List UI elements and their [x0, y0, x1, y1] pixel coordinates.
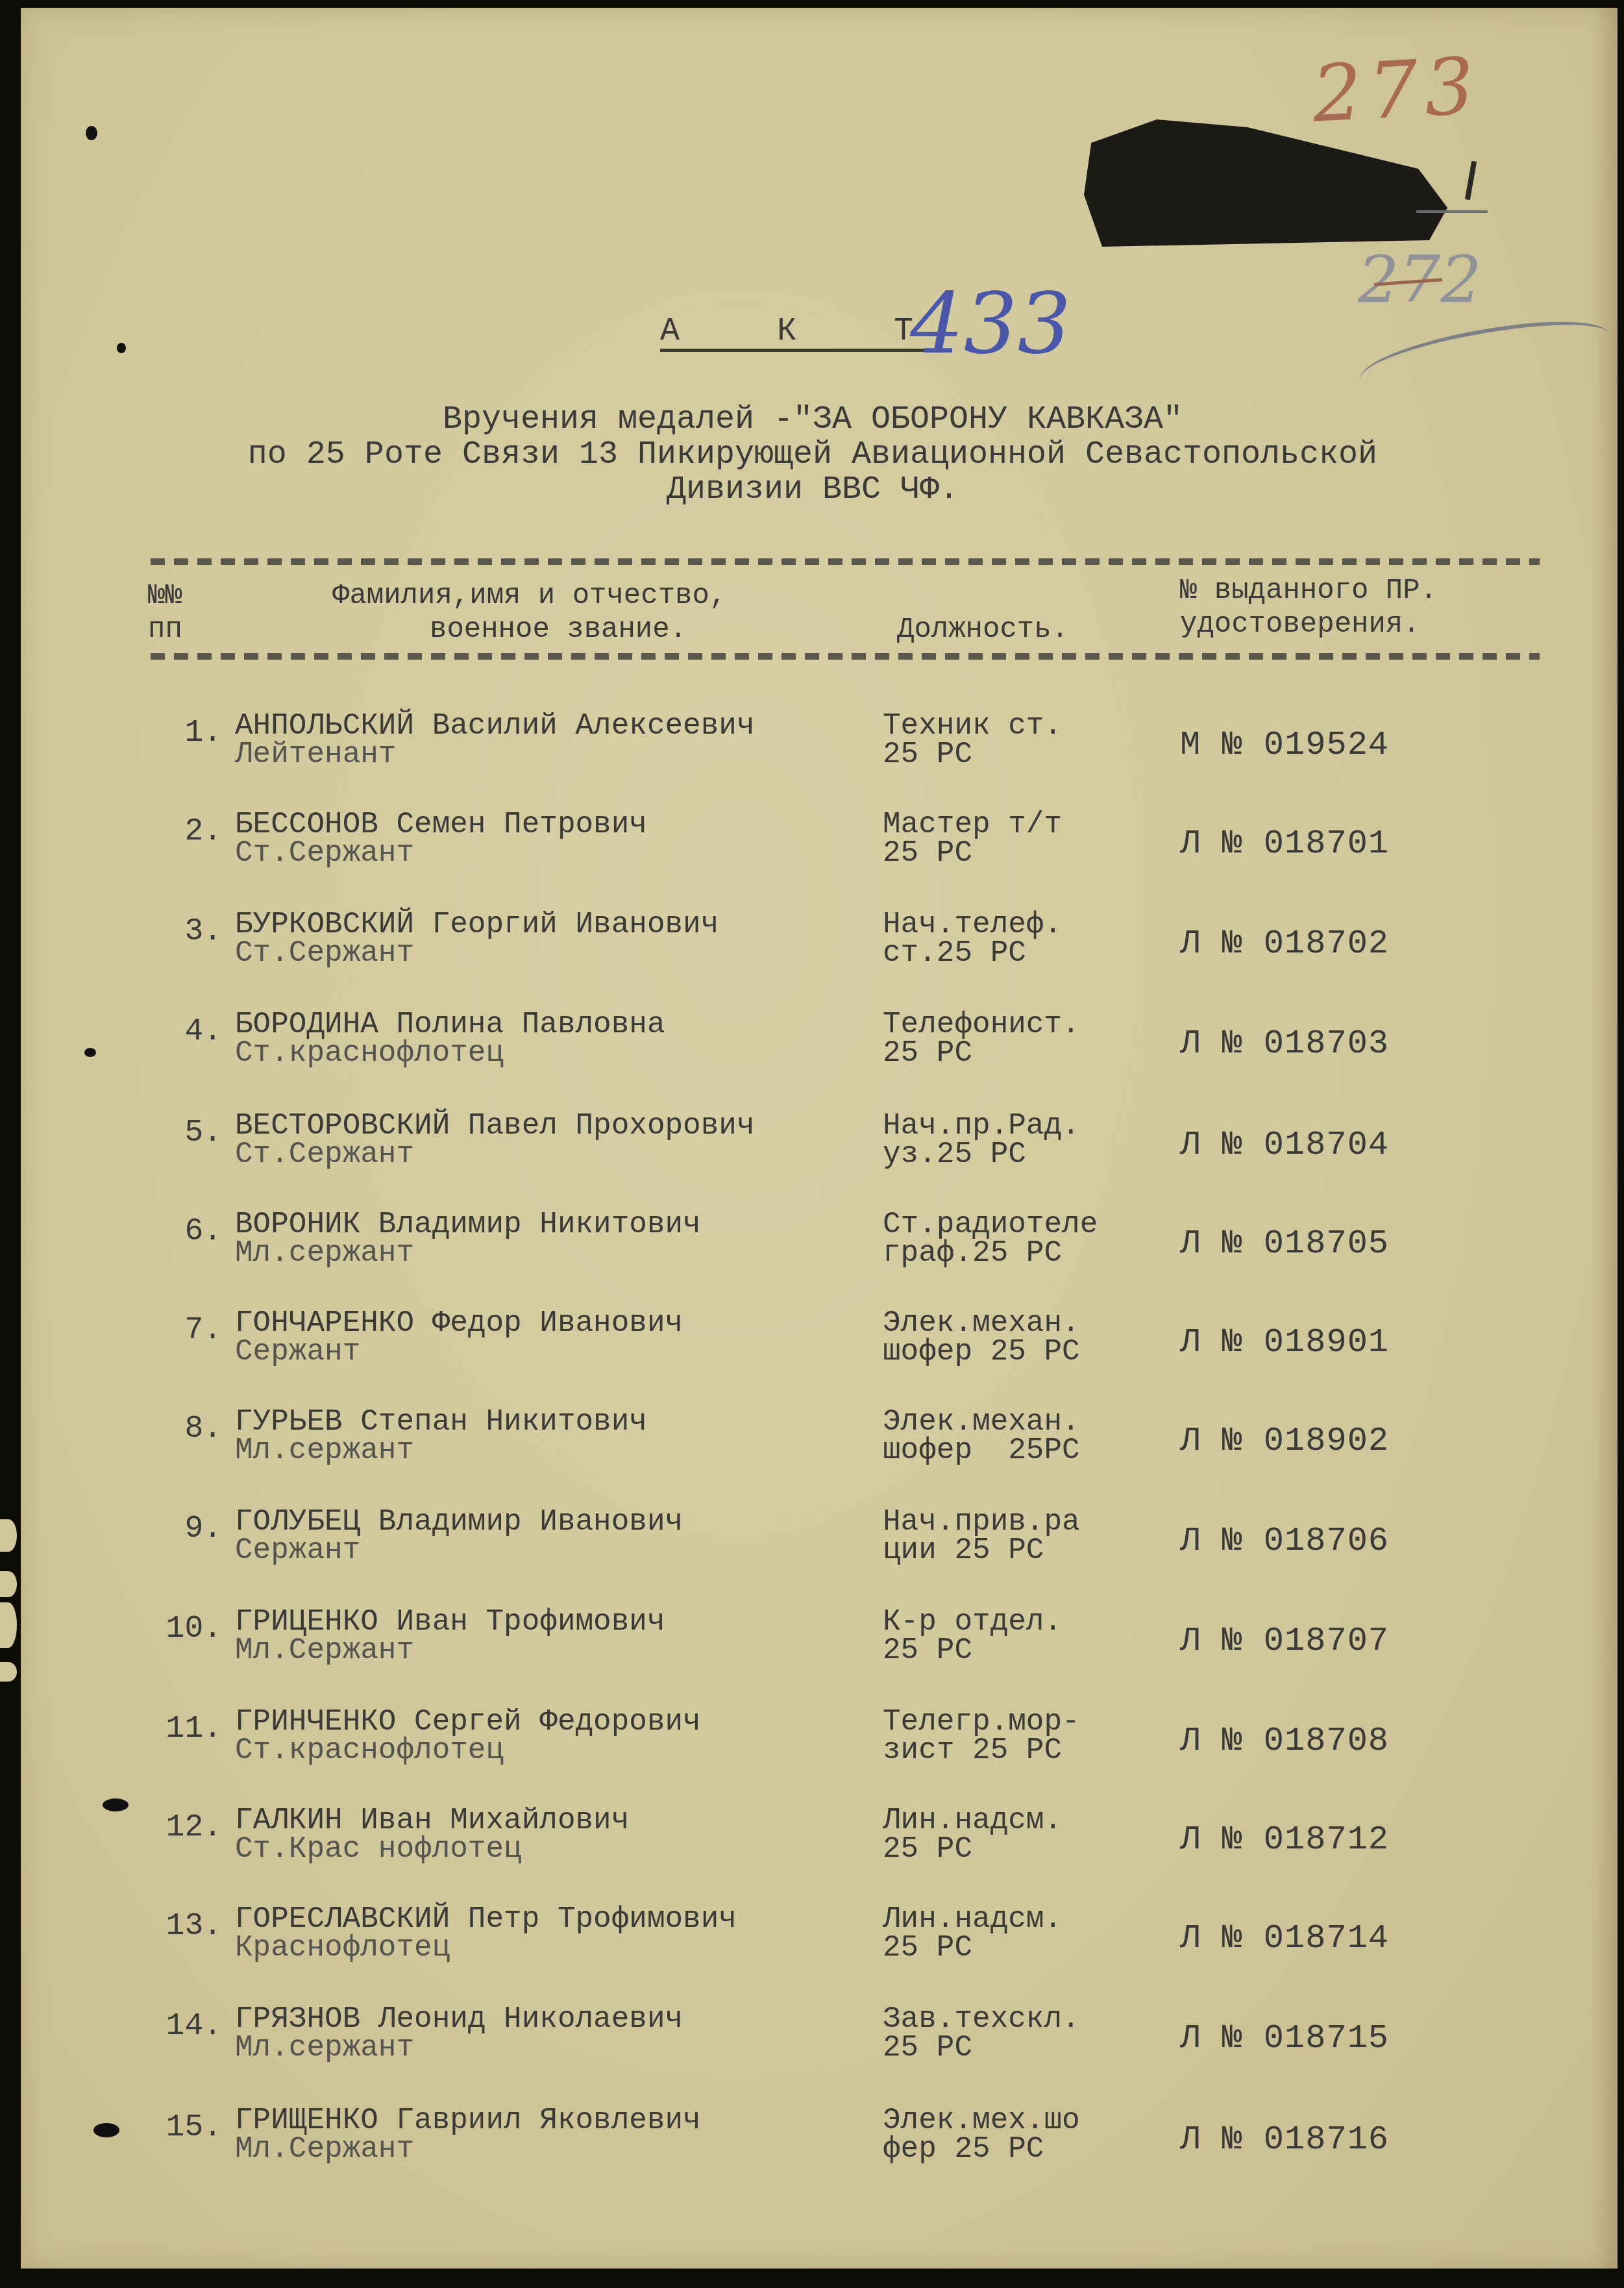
table-row: 8. ГУРЬЕВ Степан Никитович Мл.сержант Эл…	[21, 1405, 1618, 1489]
table-row: 9. ГОЛУБЕЦ Владимир Иванович Сержант Нач…	[21, 1505, 1618, 1589]
row-position-unit: зист 25 РС	[883, 1734, 1062, 1767]
row-rank: Краснофлотец	[235, 1931, 450, 1965]
row-certificate-number: Л № 018716	[1180, 2120, 1389, 2159]
row-number: 6.	[151, 1214, 222, 1249]
row-position-unit: шофер 25РС	[883, 1434, 1080, 1467]
row-number: 9.	[151, 1511, 222, 1547]
row-position-unit: 25 РС	[883, 1832, 972, 1866]
row-certificate-number: Л № 018714	[1180, 1919, 1389, 1958]
pencil-flourish	[1355, 312, 1614, 402]
row-position-unit: уз.25 РС	[883, 1138, 1026, 1171]
header-name: Фамилия,имя и отчество,	[332, 579, 726, 613]
row-number: 11.	[151, 1711, 222, 1747]
table-row: 14. ГРЯЗНОВ Леонид Николаевич Мл.сержант…	[21, 2002, 1618, 2087]
row-rank: Мл.сержант	[235, 2031, 414, 2065]
table-row: 13. ГОРЕСЛАВСКИЙ Петр Трофимович Красноф…	[21, 1902, 1618, 1987]
row-position-unit: шофер 25 РС	[883, 1335, 1080, 1369]
subtitle-line: Вручения медалей -"ЗА ОБОРОНУ КАВКАЗА"	[21, 403, 1605, 438]
table-row: 11. ГРИНЧЕНКО Сергей Федорович Ст.красно…	[21, 1705, 1618, 1789]
table-row: 1. АНПОЛЬСКИЙ Василий Алексеевич Лейтена…	[21, 709, 1618, 793]
torn-edge	[0, 1519, 17, 1552]
document-page: 273 272 А К Т 433 Вручения медалей -"ЗА …	[21, 8, 1618, 2269]
header-cert-line1: № выданного ПР.	[1180, 574, 1437, 608]
table-row: 5. ВЕСТОРОВСКИЙ Павел Прохорович Ст.Серж…	[21, 1109, 1618, 1193]
redacted-stamp	[1084, 117, 1447, 247]
row-position-unit: граф.25 РС	[883, 1236, 1062, 1270]
row-rank: Ст.краснофлотец	[235, 1036, 504, 1070]
row-rank: Ст.Сержант	[235, 836, 414, 870]
document-title: А К Т	[660, 313, 952, 350]
row-certificate-number: Л № 018703	[1180, 1025, 1389, 1063]
stamp-suffix-mark	[1465, 161, 1477, 200]
row-position-unit: 25 РС	[883, 1036, 972, 1070]
row-certificate-number: М № 019524	[1180, 726, 1389, 764]
row-position-unit: 25 РС	[883, 836, 972, 870]
table-row: 12. ГАЛКИН Иван Михайлович Ст.Крас нофло…	[21, 1804, 1618, 1888]
row-certificate-number: Л № 018712	[1180, 1821, 1389, 1859]
row-certificate-number: Л № 018701	[1180, 825, 1389, 863]
row-certificate-number: Л № 018708	[1180, 1722, 1389, 1760]
row-certificate-number: Л № 018707	[1180, 1622, 1389, 1660]
row-rank: Ст.Крас нофлотец	[235, 1832, 522, 1866]
punch-hole-mark	[86, 126, 97, 140]
row-rank: Мл.Сержант	[235, 2132, 414, 2166]
row-number: 5.	[151, 1115, 222, 1150]
row-rank: Ст.краснофлотец	[235, 1734, 504, 1767]
row-number: 13.	[151, 1909, 222, 1944]
row-certificate-number: Л № 018715	[1180, 2019, 1389, 2058]
header-num-line1: №№	[148, 580, 182, 612]
row-certificate-number: Л № 018901	[1180, 1323, 1389, 1362]
header-position: Должность.	[897, 613, 1068, 647]
row-position-unit: 25 РС	[883, 2031, 972, 2065]
header-name-line2: военное звание.	[430, 614, 687, 646]
row-position-unit: ции 25 РС	[883, 1534, 1044, 1567]
act-number-blue-ink: 433	[910, 274, 1071, 373]
row-position-unit: ст.25 РС	[883, 936, 1026, 970]
row-number: 1.	[151, 715, 222, 751]
header-name-line1: Фамилия,имя и отчество,	[332, 580, 726, 612]
header-rank: военное звание.	[430, 613, 687, 647]
row-rank: Ст.Сержант	[235, 936, 414, 970]
torn-edge	[0, 1602, 17, 1648]
row-rank: Лейтенант	[235, 738, 396, 771]
header-num: №№пп	[148, 579, 182, 647]
table-row: 15. ГРИЩЕНКО Гавриил Яковлевич Мл.Сержан…	[21, 2104, 1618, 2188]
header-num-line2: пп	[148, 614, 182, 646]
table-row: 4. БОРОДИНА Полина Павловна Ст.краснофло…	[21, 1008, 1618, 1092]
row-position-unit: фер 25 РС	[883, 2132, 1044, 2166]
table-row: 7. ГОНЧАРЕНКО Федор Иванович Сержант Эле…	[21, 1306, 1618, 1391]
subtitle-line: Дивизии ВВС ЧФ.	[21, 473, 1605, 508]
row-number: 14.	[151, 2009, 222, 2044]
sheet-number-red-ink: 273	[1310, 41, 1483, 140]
row-certificate-number: Л № 018704	[1180, 1126, 1389, 1164]
row-position-unit: 25 РС	[883, 1634, 972, 1667]
row-rank: Мл.Сержант	[235, 1634, 414, 1667]
row-number: 10.	[151, 1611, 222, 1647]
torn-edge	[0, 1662, 17, 1682]
row-rank: Мл.сержант	[235, 1434, 414, 1467]
row-rank: Сержант	[235, 1335, 360, 1369]
row-certificate-number: Л № 018902	[1180, 1422, 1389, 1460]
header-cert-line2: удостоверения.	[1180, 608, 1420, 641]
row-certificate-number: Л № 018705	[1180, 1225, 1389, 1263]
row-number: 7.	[151, 1313, 222, 1348]
table-row: 6. ВОРОНИК Владимир Никитович Мл.сержант…	[21, 1208, 1618, 1292]
punch-hole-mark	[117, 343, 126, 353]
row-number: 4.	[151, 1014, 222, 1049]
stamp-underline	[1416, 210, 1488, 213]
row-rank: Ст.Сержант	[235, 1138, 414, 1171]
table-top-divider	[151, 558, 1540, 565]
row-number: 2.	[151, 814, 222, 849]
row-number: 3.	[151, 914, 222, 949]
row-rank: Сержант	[235, 1534, 360, 1567]
table-row: 10. ГРИЦЕНКО Иван Трофимович Мл.Сержант …	[21, 1605, 1618, 1689]
row-certificate-number: Л № 018702	[1180, 925, 1389, 963]
row-rank: Мл.сержант	[235, 1236, 414, 1270]
table-row: 2. БЕССОНОВ Семен Петрович Ст.Сержант Ма…	[21, 808, 1618, 892]
row-certificate-number: Л № 018706	[1180, 1522, 1389, 1560]
row-position-unit: 25 РС	[883, 738, 972, 771]
row-number: 12.	[151, 1810, 222, 1845]
torn-edge	[0, 1571, 17, 1597]
row-number: 8.	[151, 1411, 222, 1447]
row-number: 15.	[151, 2110, 222, 2145]
subtitle-line: по 25 Роте Связи 13 Пикирующей Авиационн…	[21, 438, 1605, 473]
table-header-divider	[151, 653, 1540, 660]
row-position-unit: 25 РС	[883, 1931, 972, 1965]
table-row: 3. БУРКОВСКИЙ Георгий Иванович Ст.Сержан…	[21, 908, 1618, 992]
document-subtitle: Вручения медалей -"ЗА ОБОРОНУ КАВКАЗА" п…	[21, 403, 1605, 508]
